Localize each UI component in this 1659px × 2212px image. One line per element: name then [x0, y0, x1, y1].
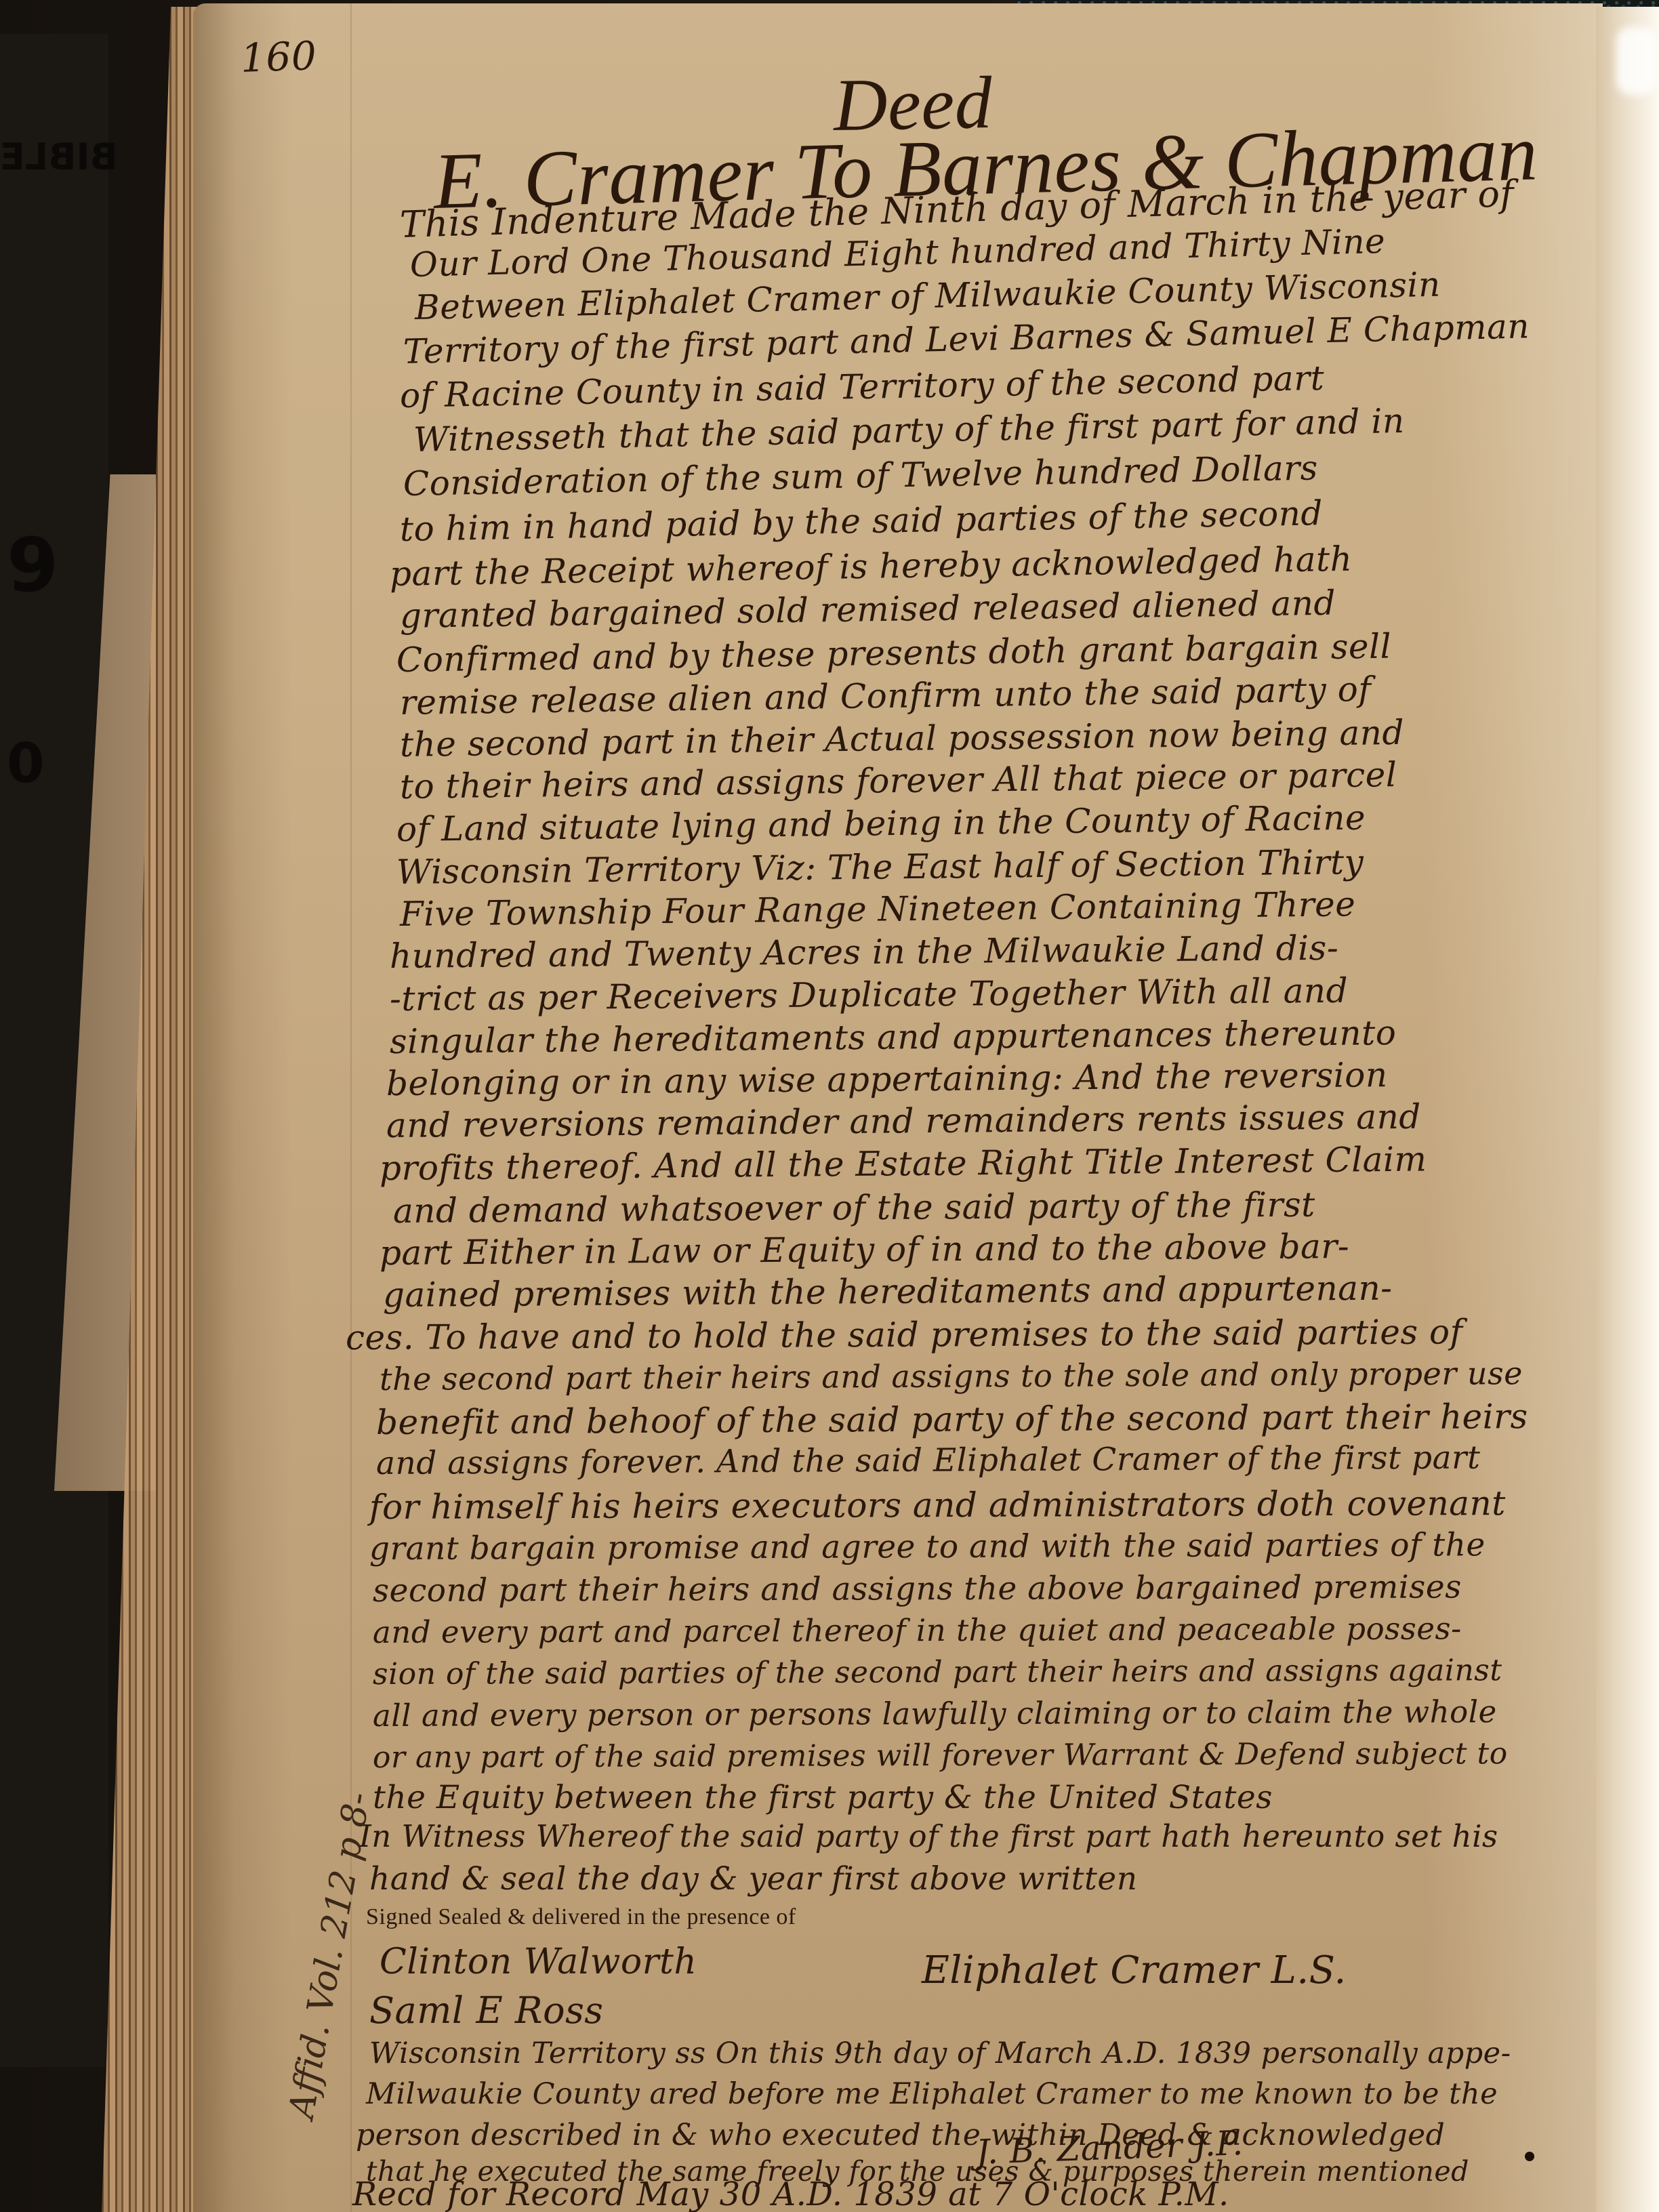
deed-line: sion of the said parties of the second p… [373, 1653, 1502, 1692]
deed-line: hand & seal the day & year first above w… [369, 1860, 1138, 1898]
deed-line: for himself his heirs executors and admi… [369, 1483, 1506, 1527]
deed-line: the Equity between the first party & the… [373, 1779, 1273, 1816]
underlying-book-label: BIBLE [0, 136, 118, 178]
underlying-book-number: 9 [7, 522, 59, 609]
deed-line: grant bargain promise and agree to and w… [369, 1526, 1486, 1568]
deed-line: gained premises with the hereditaments a… [383, 1269, 1393, 1315]
deed-line: second part their heirs and assigns the … [373, 1568, 1462, 1610]
ink-dot [1525, 2152, 1534, 2161]
light-glare [1616, 27, 1657, 95]
deed-line: and demand whatsoever of the said party … [393, 1185, 1315, 1231]
deed-line: benefit and behoof of the said party of … [376, 1397, 1528, 1442]
deed-line: hundred and Twenty Acres in the Milwauki… [390, 928, 1339, 976]
deed-line: -trict as per Receivers Duplicate Togeth… [390, 971, 1349, 1019]
witness-signature: Clinton Walworth [380, 1942, 697, 1982]
underlying-book-number: 0 [7, 732, 45, 795]
deed-line: or any part of the said premises will fo… [373, 1736, 1508, 1775]
deed-line: ces. To have and to hold the said premis… [346, 1312, 1463, 1357]
recording-note: Recd for Record May 30 A.D. 1839 at 7 O'… [352, 2175, 1229, 2212]
witness-signature: Saml E Ross [369, 1989, 604, 2032]
deed-line: In Witness Whereof the said party of the… [359, 1818, 1498, 1854]
deed-line: and assigns forever. And the said Elipha… [376, 1439, 1481, 1482]
grantor-signature: Eliphalet Cramer L.S. [922, 1948, 1347, 1992]
deed-line: part Either in Law or Equity of in and t… [380, 1227, 1349, 1273]
attestation-clause: Signed Sealed & delivered in the presenc… [366, 1904, 796, 1930]
deed-line: all and every person or persons lawfully… [373, 1694, 1497, 1734]
page-number: 160 [240, 33, 318, 81]
photo-scene: BIBLE 9 0 160 Deed E. Cramer To Barnes &… [0, 0, 1659, 2212]
deed-line: the second part their heirs and assigns … [380, 1355, 1523, 1397]
deed-line: and every part and parcel thereof in the… [373, 1610, 1462, 1650]
acknowledgment-line: person described in & who executed the w… [356, 2118, 1445, 2152]
facing-page-fold [1596, 7, 1659, 2212]
acknowledgment-line: Milwaukie County ared before me Eliphale… [366, 2077, 1498, 2111]
acknowledgment-line: Wisconsin Territory ss On this 9th day o… [369, 2036, 1511, 2070]
